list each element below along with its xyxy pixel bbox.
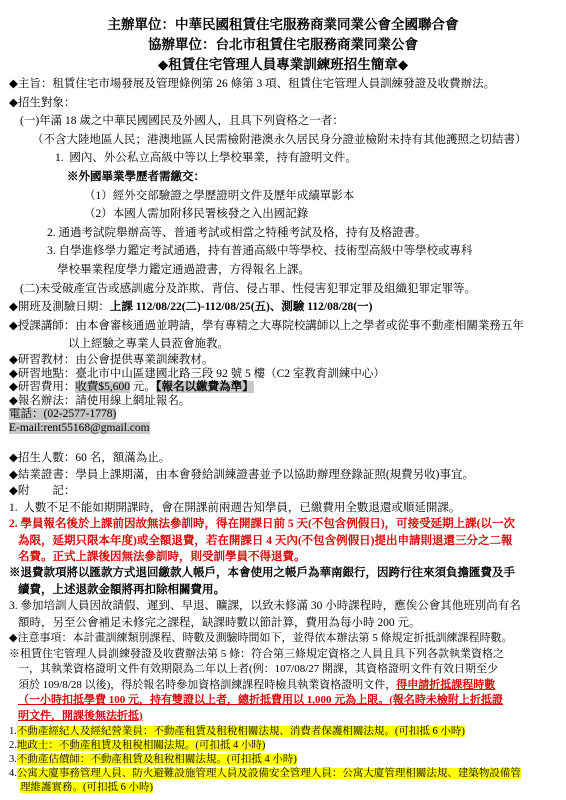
deduction-number: 3. <box>9 754 17 765</box>
rule5-line-1: ※租賃住宅管理人員訓練發證及收費辦法第 5 條：符合第三條規定資格之人員且具下列… <box>0 647 566 663</box>
rule5-line-3-plain: 須於 109/8/28 以後)，得於報名時參加資格訓練課程時檢具執業資格證明文件… <box>18 679 396 691</box>
phone-line: 電話：(02-2577-1778) <box>0 408 566 422</box>
audience-heading: ◆招生對象： <box>0 94 566 113</box>
deduction-item-1: 1.不動產經紀人及經紀營業員：不動產租賃及租稅相關法規、消費者保護相關法規。(可… <box>0 725 566 739</box>
audience-item-1-note: （不含大陸地區人民；港澳地區人民需檢附港澳永久居民身分證並檢附未持有其他護照之切… <box>0 131 566 150</box>
deduction-text: 理維護實務。(可扣抵 6 小時) <box>20 782 153 793</box>
refund-note-line-1: ※退費款項將以匯款方式退回繳款人帳戶，本會使用之帳戶為華南銀行，因跨行往來須負擔… <box>0 565 566 581</box>
capacity-line: ◆招生人數：60 名，額滿為止。 <box>0 450 566 466</box>
note-2-line-1: 2. 學員報名後於上課前因故無法參訓時，得在開課日前 5 天(不包含例假日)，可… <box>0 516 566 532</box>
instructor-line-1: ◆授課講師：由本會審核通過並聘請，學有專精之大專院校講師以上之學者或從事不動產相… <box>0 317 566 336</box>
fee-line: ◆研習費用：收費$5,600 元。【報名以繳費為準】 <box>0 381 566 395</box>
deduction-number: 4. <box>9 768 17 779</box>
registration-line: ◆報名辦法：請使用線上網址報名。 <box>0 395 566 409</box>
rule5-line-3-red: 得申請折抵課程時數 <box>396 679 495 691</box>
note-3-line-2: 額時，另至公會補足未修完之課程，缺課時數以節計算，費用為每小時 200 元。 <box>0 615 566 631</box>
deduction-number: 2. <box>9 740 17 751</box>
deduction-item-4: 4.公寓大廈事務管理人員、防火避難設施管理人員及設備安全管理人員：公寓大廈管理相… <box>0 767 566 781</box>
deduction-number: 1. <box>9 726 17 737</box>
instructor-line-2: 以上經驗之專業人員蒞會施教。 <box>0 335 566 354</box>
deduction-item-4-continued: 理維護實務。(可扣抵 6 小時) <box>0 781 566 795</box>
note-2-line-3: 名費。正式上課後因無法參訓時，則受訓學員不得退費。 <box>0 549 566 565</box>
fee-note: 【報名以繳費為準】 <box>156 381 254 393</box>
rule5-line-4: （一小時扣抵學費 100 元，持有雙證以上者，總折抵費用以 1,000 元為上限… <box>0 693 566 709</box>
location-line: ◆研習地點：臺北市中山區建國北路三段 92 號 5 樓（C2 室教育訓練中心） <box>0 368 566 382</box>
fee-label: ◆研習費用： <box>9 381 75 393</box>
qualification-3-line-1: 3. 自學進修學力鑑定考試通過，持有普通高級中等學校、技術型高級中等學校或專科 <box>0 242 566 261</box>
fee-unit: 元。 <box>130 381 156 393</box>
rule5-line-5-red: 明文件，開課後無法折抵) <box>18 710 143 722</box>
deduction-text: 不動產估價師：不動產租賃及租稅相關法規。(可扣抵 4 小時) <box>17 754 297 765</box>
rule5-line-4-red: （一小時扣抵學費 100 元，持有雙證以上者，總折抵費用以 1,000 元為上限… <box>18 694 503 706</box>
deduction-text: 不動產經紀人及經紀營業員：不動產租賃及租稅相關法規、消費者保護相關法規。(可扣抵… <box>17 726 465 737</box>
fee-amount: 收費$5,600 <box>75 381 130 393</box>
purpose-line: ◆主旨：租賃住宅市場發展及管理條例第 26 條第 3 項、租賃住宅管理人員訓練發… <box>0 75 566 94</box>
materials-line: ◆研習教材：由公會提供專業訓練教材。 <box>0 354 566 368</box>
rule5-line-5: 明文件，開課後無法折抵) <box>0 709 566 725</box>
foreign-credential-heading: ※外國畢業學歷者需繳交： <box>0 168 566 187</box>
document-title: ◆租賃住宅管理人員專業訓練班招生簡章◆ <box>0 55 566 75</box>
notes-heading: ◆附 記： <box>0 483 566 499</box>
qualification-2: 2. 通過考試院舉辦高等、普通考試或相當之特種考試及格，持有及格證書。 <box>0 224 566 243</box>
note-2-line-2: 為限，延期只限本年度)或全額退費，若在開課日 4 天內(不包含例假日)提出申請則… <box>0 533 566 549</box>
schedule-value: 上課 112/08/22(二)-112/08/25(五)、測驗 112/08/2… <box>110 301 373 313</box>
co-organizer-line: 協辦單位：台北市租賃住宅服務商業同業公會 <box>0 35 566 55</box>
document-page: 主辦單位：中華民國租賃住宅服務商業同業公會全國聯合會 協辦單位：台北市租賃住宅服… <box>0 0 566 800</box>
email-value: E-mail:rent55168@gmail.com <box>9 422 150 434</box>
phone-value: 電話：(02-2577-1778) <box>9 408 116 420</box>
qualification-1: 1. 國內、外公私立高級中等以上學校畢業，持有證明文件。 <box>0 149 566 168</box>
attention-line: ◆注意事項：本計畫訓練類別課程、時數及測驗時間如下，並得依本辦法第 5 條規定折… <box>0 631 566 647</box>
organizer-line: 主辦單位：中華民國租賃住宅服務商業同業公會全國聯合會 <box>0 15 566 35</box>
foreign-credential-2: （2）本國人需加附移民署核發之入出國記錄 <box>0 205 566 224</box>
rule5-line-3: 須於 109/8/28 以後)，得於報名時參加資格訓練課程時檢具執業資格證明文件… <box>0 678 566 694</box>
note-1: 1. 人數不足不能如期開課時，會在開課前兩週告知學員，已繳費用全數退還或順延開課… <box>0 500 566 516</box>
email-line: E-mail:rent55168@gmail.com <box>0 422 566 436</box>
foreign-credential-1: （1）經外交部驗證之學歷證明文件及歷年成績單影本 <box>0 187 566 206</box>
refund-note-line-2: 續費，上述退款金額將再扣除相關費用。 <box>0 582 566 598</box>
deduction-text: 公寓大廈事務管理人員、防火避難設施管理人員及設備安全管理人員：公寓大廈管理相關法… <box>17 768 521 779</box>
audience-item-2: (二)未受破產宣告或感訓處分及詐欺、背信、侵占罪、性侵害犯罪定罪及組織犯罪定罪等… <box>0 280 566 299</box>
rule5-line-2: 一，其執業資格證明文件有效期限為二年以上者(例：107/08/27 開課，其資格… <box>0 662 566 678</box>
schedule-label: ◆開班及測驗日期： <box>9 301 110 313</box>
qualification-3-line-2: 學校畢業程度學力鑑定通過證書，方得報名上課。 <box>0 261 566 280</box>
audience-item-1: (一)年滿 18 歲之中華民國國民及外國人，且具下列資格之一者： <box>0 112 566 131</box>
schedule-line: ◆開班及測驗日期：上課 112/08/22(二)-112/08/25(五)、測驗… <box>0 298 566 317</box>
deduction-item-2: 2.地政士：不動產租賃及租稅相關法規。(可扣抵 4 小時) <box>0 739 566 753</box>
deduction-text: 地政士：不動產租賃及租稅相關法規。(可扣抵 4 小時) <box>17 740 266 751</box>
certificate-line: ◆結業證書：學員上課期滿，由本會發給訓練證書並予以協助辦理登錄証照(規費另收)事… <box>0 467 566 483</box>
note-3-line-1: 3. 參加培訓人員因故請假、遲到、早退、曠課，以致未修滿 30 小時課程時，應俟… <box>0 598 566 614</box>
deduction-item-3: 3.不動產估價師：不動產租賃及租稅相關法規。(可扣抵 4 小時) <box>0 753 566 767</box>
